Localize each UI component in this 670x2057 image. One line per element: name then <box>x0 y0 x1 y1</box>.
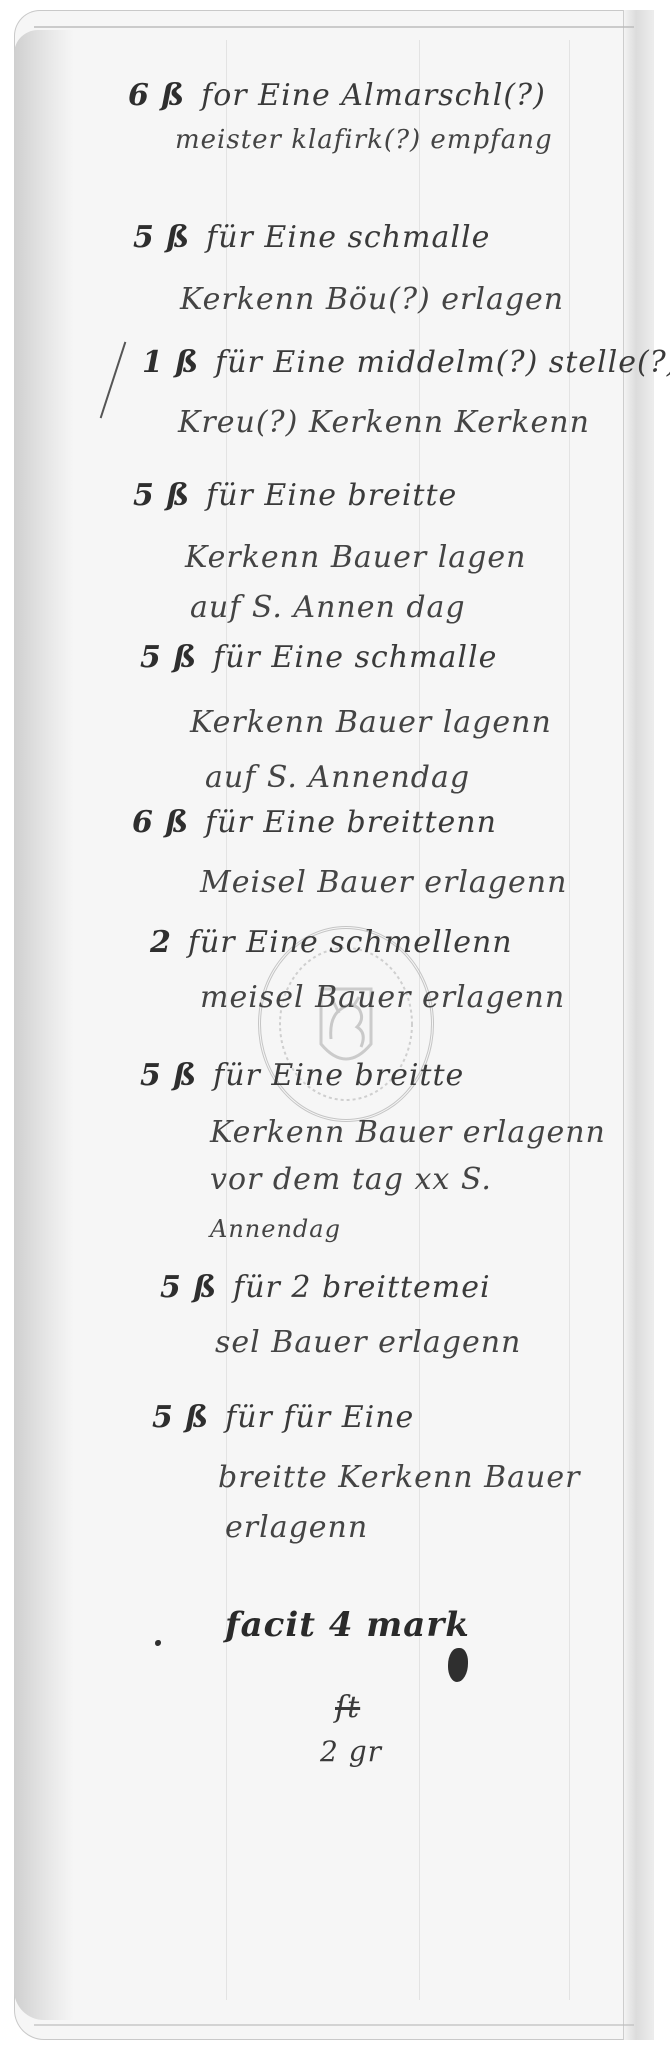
entry-line: Kreu(?) Kerkenn Kerkenn <box>178 405 590 440</box>
entry-amount: 5 ß <box>160 1270 217 1305</box>
entry-line: 5 ßfür Eine breitte <box>140 1058 464 1093</box>
entry-line: breitte Kerkenn Bauer <box>218 1460 580 1495</box>
entry-line: meisel Bauer erlagenn <box>200 980 565 1015</box>
handwritten-entries: 6 ßfor Eine Almarschl(?) meister klafirk… <box>0 0 670 2057</box>
entry-amount: 5 ß <box>133 220 190 255</box>
entry-line: 5 ßfür für Eine <box>152 1400 414 1435</box>
entry-amount: 2 <box>150 925 172 960</box>
entry-amount: 6 ß <box>132 805 189 840</box>
entry-line: erlagenn <box>225 1510 368 1545</box>
entry-line: Annendag <box>210 1215 341 1243</box>
entry-line: 6 ßfor Eine Almarschl(?) <box>128 78 546 113</box>
entry-line: Kerkenn Bauer lagen <box>185 540 526 575</box>
entry-amount: 6 ß <box>128 78 185 113</box>
entry-amount: 1 ß <box>142 345 199 380</box>
entry-line: auf S. Annendag <box>205 760 470 795</box>
entry-line: Kerkenn Bauer erlagenn <box>210 1115 606 1150</box>
entry-line: 5 ßfür Eine schmalle <box>133 220 490 255</box>
entry-line: 2für Eine schmellenn <box>150 925 513 960</box>
ink-blot <box>448 1648 468 1682</box>
entry-line: sel Bauer erlagenn <box>215 1325 521 1360</box>
entry-line: 6 ßfür Eine breittenn <box>132 805 497 840</box>
ink-dot <box>155 1640 161 1646</box>
entry-line: meister klafirk(?) empfang <box>175 125 553 155</box>
entry-line: 5 ßfür 2 breittemei <box>160 1270 491 1305</box>
sub-mark: ſt <box>335 1690 360 1725</box>
sub-total-line: 2 gr <box>320 1735 382 1768</box>
entry-amount: 5 ß <box>140 1058 197 1093</box>
entry-amount: 5 ß <box>133 478 190 513</box>
entry-amount: 5 ß <box>152 1400 209 1435</box>
entry-line: 5 ßfür Eine schmalle <box>140 640 497 675</box>
entry-line: auf S. Annen dag <box>190 590 466 625</box>
entry-line: 5 ßfür Eine breitte <box>133 478 457 513</box>
entry-line: Meisel Bauer erlagenn <box>200 865 567 900</box>
entry-amount: 5 ß <box>140 640 197 675</box>
entry-line: vor dem tag xx S. <box>210 1162 492 1197</box>
entry-line: Kerkenn Bauer lagenn <box>190 705 552 740</box>
total-line: facit 4 mark <box>225 1605 470 1645</box>
entry-line: Kerkenn Böu(?) erlagen <box>180 282 564 317</box>
entry-line: 1 ßfür Eine middelm(?) stelle(?) <box>142 345 670 380</box>
